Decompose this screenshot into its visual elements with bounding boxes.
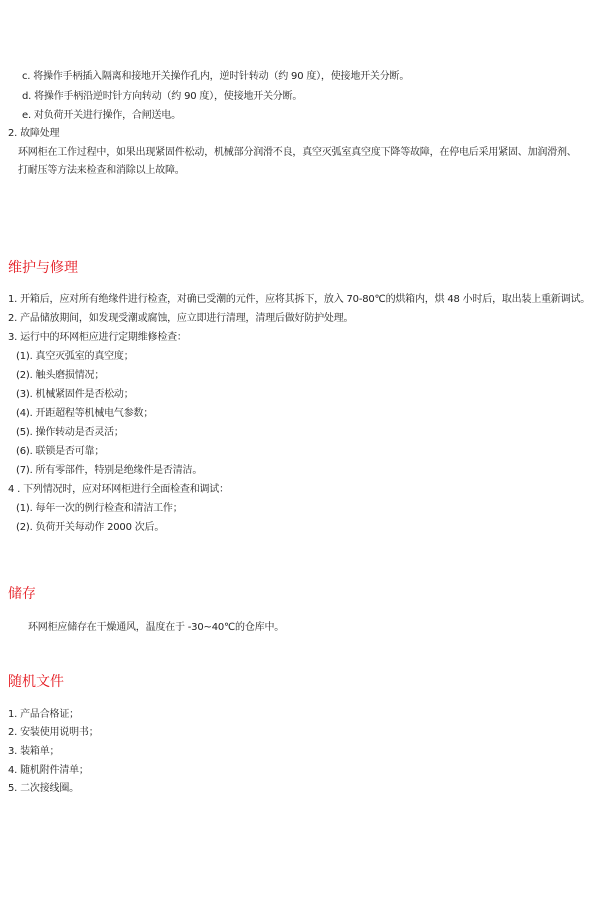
maintenance-item-1: 1. 开箱后，应对所有绝缘件进行检查，对确已受潮的元件，应将其拆下，放入 70-… [8, 293, 590, 307]
step-d: d. 将操作手柄沿逆时针方向转动（约 90 度），使接地开关分断。 [22, 90, 302, 104]
maintenance-heading: 维护与修理 [8, 259, 78, 277]
document-item-5: 5. 二次接线圈。 [8, 782, 79, 796]
check-item-2: (2). 触头磨损情况； [16, 369, 104, 383]
step-e: e. 对负荷开关进行操作，合闸送电。 [22, 109, 181, 123]
storage-heading: 储存 [8, 585, 36, 603]
item4-sub-2: (2). 负荷开关每动作 2000 次后。 [16, 521, 164, 535]
maintenance-item-4: 4 . 下列情况时，应对环网柜进行全面检查和调试： [8, 483, 229, 497]
documents-heading: 随机文件 [8, 673, 64, 691]
fault-body-line2: 打耐压等方法来检查和消除以上故障。 [18, 164, 185, 178]
check-item-4: (4). 开距超程等机械电气参数； [16, 407, 153, 421]
document-item-4: 4. 随机附件清单； [8, 764, 89, 778]
fault-title: 2. 故障处理 [8, 127, 59, 141]
maintenance-item-2: 2. 产品储放期间，如发现受潮或腐蚀，应立即进行清理，清理后做好防护处理。 [8, 312, 353, 326]
step-c: c. 将操作手柄插入隔离和接地开关操作孔内，逆时针转动（约 90 度），使接地开… [22, 70, 409, 84]
storage-body: 环网柜应储存在干燥通风，温度在于 -30~40℃的仓库中。 [28, 621, 284, 635]
document-item-3: 3. 装箱单； [8, 745, 59, 759]
document-item-2: 2. 安装使用说明书； [8, 726, 99, 740]
item4-sub-1: (1). 每年一次的例行检查和清洁工作； [16, 502, 183, 516]
check-item-5: (5). 操作转动是否灵活； [16, 426, 124, 440]
check-item-1: (1). 真空灭弧室的真空度； [16, 350, 134, 364]
maintenance-item-3: 3. 运行中的环网柜应进行定期维修检查： [8, 331, 187, 345]
check-item-3: (3). 机械紧固件是否松动； [16, 388, 134, 402]
check-item-6: (6). 联锁是否可靠； [16, 445, 104, 459]
check-item-7: (7). 所有零部件，特别是绝缘件是否清洁。 [16, 464, 202, 478]
document-item-1: 1. 产品合格证； [8, 708, 79, 722]
fault-body-line1: 环网柜在工作过程中，如果出现紧固件松动，机械部分润滑不良，真空灭弧室真空度下降等… [18, 146, 577, 160]
